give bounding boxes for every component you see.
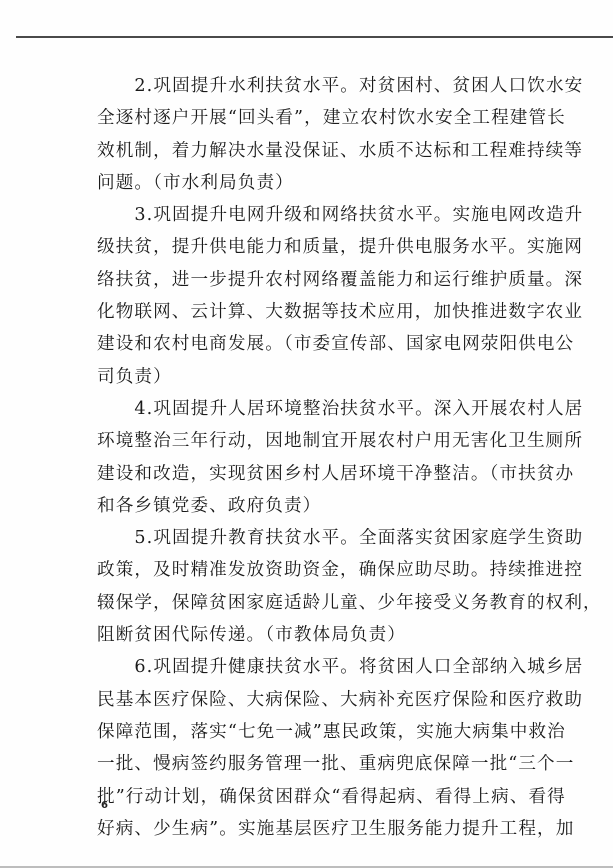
text-line: 6.巩固提升健康扶贫水平。将贫困人口全部纳入城乡居 <box>97 651 527 683</box>
text-line: 4.巩固提升人居环境整治扶贫水平。深入开展农村人居 <box>97 393 527 425</box>
text-line: 和各乡镇党委、政府负责） <box>97 490 527 522</box>
text-line: 级扶贫，提升供电能力和质量，提升供电服务水平。实施网 <box>97 231 527 263</box>
text-line: 辍保学，保障贫困家庭适龄儿童、少年接受义务教育的权利， <box>97 587 527 619</box>
text-line: 建设和改造，实现贫困乡村人居环境干净整洁。（市扶贫办 <box>97 458 527 490</box>
text-line: 批”行动计划，确保贫困群众“看得起病、看得上病、看得 <box>97 781 527 813</box>
page-number: 6 <box>101 800 108 811</box>
text-line: 民基本医疗保险、大病保险、大病补充医疗保险和医疗救助 <box>97 684 527 716</box>
body-text: 2.巩固提升水利扶贫水平。对贫困村、贫困人口饮水安 全逐村逐户开展“回头看”，建… <box>97 70 527 845</box>
text-line: 保障范围，落实“七免一减”惠民政策，实施大病集中救治 <box>97 716 527 748</box>
text-line: 3.巩固提升电网升级和网络扶贫水平。实施电网改造升 <box>97 199 527 231</box>
text-line: 环境整治三年行动，因地制宜开展农村户用无害化卫生厕所 <box>97 425 527 457</box>
text-line: 络扶贫，进一步提升农村网络覆盖能力和运行维护质量。深 <box>97 264 527 296</box>
text-line: 5.巩固提升教育扶贫水平。全面落实贫困家庭学生资助 <box>97 522 527 554</box>
text-line: 好病、少生病”。实施基层医疗卫生服务能力提升工程，加 <box>97 813 527 845</box>
document-page: 2.巩固提升水利扶贫水平。对贫困村、贫困人口饮水安 全逐村逐户开展“回头看”，建… <box>0 0 613 866</box>
text-line: 全逐村逐户开展“回头看”，建立农村饮水安全工程建管长 <box>97 102 527 134</box>
text-line: 建设和农村电商发展。（市委宣传部、国家电网荥阳供电公 <box>97 328 527 360</box>
text-line: 效机制，着力解决水量没保证、水质不达标和工程难持续等 <box>97 135 527 167</box>
text-line: 司负责） <box>97 361 527 393</box>
header-rule <box>16 36 613 38</box>
text-line: 政策，及时精准发放资助资金，确保应助尽助。持续推进控 <box>97 554 527 586</box>
text-line: 阻断贫困代际传递。（市教体局负责） <box>97 619 527 651</box>
text-line: 问题。（市水利局负责） <box>97 167 527 199</box>
text-line: 2.巩固提升水利扶贫水平。对贫困村、贫困人口饮水安 <box>97 70 527 102</box>
text-line: 化物联网、云计算、大数据等技术应用，加快推进数字农业 <box>97 296 527 328</box>
text-line: 一批、慢病签约服务管理一批、重病兜底保障一批“三个一 <box>97 748 527 780</box>
